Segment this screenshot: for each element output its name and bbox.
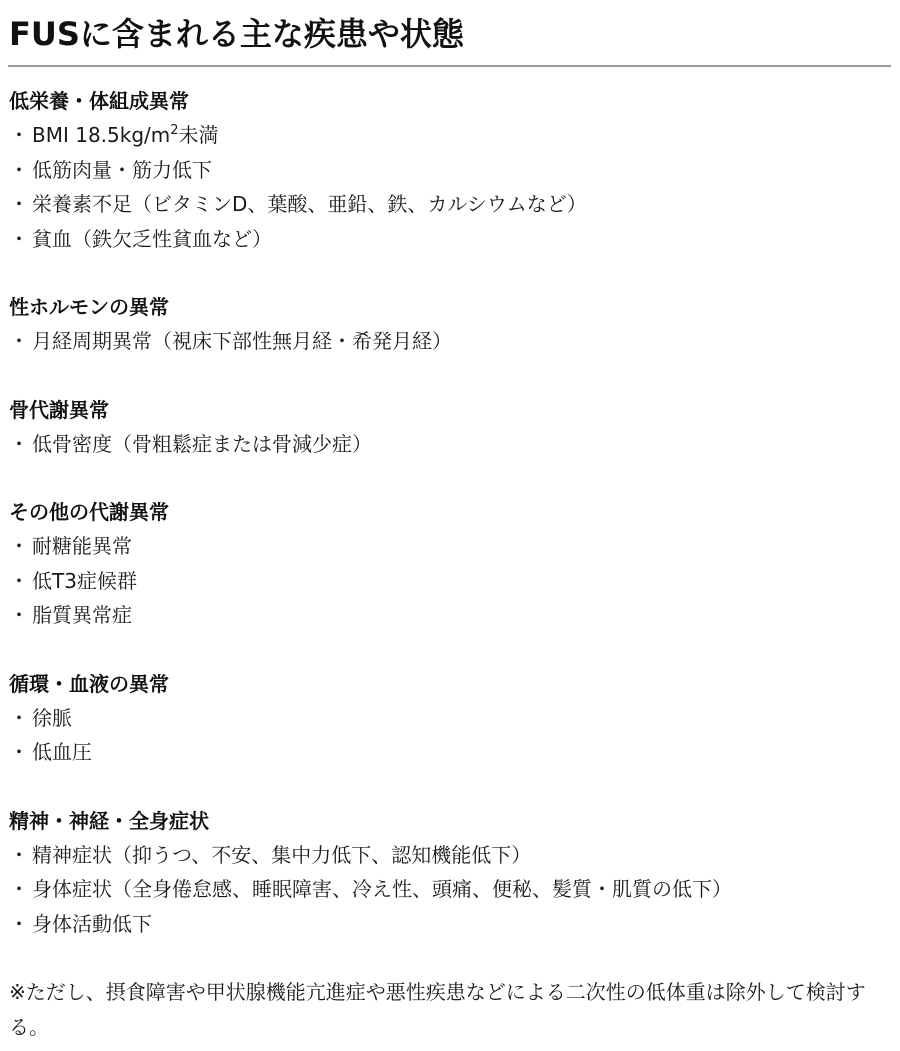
item-text: 脂質異常症 bbox=[32, 603, 132, 627]
item-list: ・精神症状（抑うつ、不安、集中力低下、認知機能低下） ・身体症状（全身倦怠感、睡… bbox=[9, 838, 889, 942]
bullet-icon: ・ bbox=[9, 324, 29, 359]
bullet-icon: ・ bbox=[9, 701, 29, 736]
footnote: ※ただし、摂食障害や甲状腺機能亢進症や悪性疾患などによる二次性の低体重は除外して… bbox=[9, 975, 889, 1045]
bullet-icon: ・ bbox=[9, 598, 29, 633]
item-text: 低筋肉量・筋力低下 bbox=[32, 158, 212, 182]
list-item: ・月経周期異常（視床下部性無月経・希発月経） bbox=[9, 324, 889, 359]
list-item: ・精神症状（抑うつ、不安、集中力低下、認知機能低下） bbox=[9, 838, 889, 873]
item-text: 低T3症候群 bbox=[32, 569, 137, 593]
list-item: ・栄養素不足（ビタミンD、葉酸、亜鉛、鉄、カルシウムなど） bbox=[9, 187, 889, 222]
list-item: ・低T3症候群 bbox=[9, 564, 889, 599]
item-text: 身体症状（全身倦怠感、睡眠障害、冷え性、頭痛、便秘、髪質・肌質の低下） bbox=[32, 877, 732, 901]
item-list: ・耐糖能異常 ・低T3症候群 ・脂質異常症 bbox=[9, 529, 889, 633]
section-other-metabolism: その他の代謝異常 ・耐糖能異常 ・低T3症候群 ・脂質異常症 bbox=[9, 495, 889, 633]
section-psych-neuro-systemic: 精神・神経・全身症状 ・精神症状（抑うつ、不安、集中力低下、認知機能低下） ・身… bbox=[9, 804, 889, 942]
list-item: ・低血圧 bbox=[9, 735, 889, 770]
bullet-icon: ・ bbox=[9, 187, 29, 222]
bullet-icon: ・ bbox=[9, 872, 29, 907]
list-item: ・脂質異常症 bbox=[9, 598, 889, 633]
list-item: ・低筋肉量・筋力低下 bbox=[9, 153, 889, 188]
bullet-icon: ・ bbox=[9, 838, 29, 873]
page-title: FUSに含まれる主な疾患や状態 bbox=[9, 12, 464, 56]
bullet-icon: ・ bbox=[9, 907, 29, 942]
bullet-icon: ・ bbox=[9, 735, 29, 770]
item-text: 低骨密度（骨粗鬆症または骨減少症） bbox=[32, 432, 372, 456]
section-heading: 精神・神経・全身症状 bbox=[9, 804, 889, 838]
list-item: ・貧血（鉄欠乏性貧血など） bbox=[9, 222, 889, 257]
superscript: 2 bbox=[170, 123, 178, 138]
list-item: ・耐糖能異常 bbox=[9, 529, 889, 564]
bullet-icon: ・ bbox=[9, 222, 29, 257]
bullet-icon: ・ bbox=[9, 529, 29, 564]
bmi-text: BMI 18.5kg/m bbox=[32, 123, 170, 147]
bullet-icon: ・ bbox=[9, 564, 29, 599]
item-list: ・徐脈 ・低血圧 bbox=[9, 701, 889, 770]
section-bone-metabolism: 骨代謝異常 ・低骨密度（骨粗鬆症または骨減少症） bbox=[9, 393, 889, 462]
section-heading: 性ホルモンの異常 bbox=[9, 290, 889, 324]
list-item: ・低骨密度（骨粗鬆症または骨減少症） bbox=[9, 427, 889, 462]
bullet-icon: ・ bbox=[9, 153, 29, 188]
title-divider bbox=[8, 65, 891, 67]
list-item: ・身体活動低下 bbox=[9, 907, 889, 942]
item-text: 栄養素不足（ビタミンD、葉酸、亜鉛、鉄、カルシウムなど） bbox=[32, 192, 587, 216]
item-text: 精神症状（抑うつ、不安、集中力低下、認知機能低下） bbox=[32, 843, 531, 867]
section-heading: 低栄養・体組成異常 bbox=[9, 84, 889, 118]
list-item: ・徐脈 bbox=[9, 701, 889, 736]
item-text: 耐糖能異常 bbox=[32, 534, 132, 558]
section-circulation-blood: 循環・血液の異常 ・徐脈 ・低血圧 bbox=[9, 667, 889, 770]
section-heading: 循環・血液の異常 bbox=[9, 667, 889, 701]
item-list: ・月経周期異常（視床下部性無月経・希発月経） bbox=[9, 324, 889, 359]
list-item: ・BMI 18.5kg/m2未満 bbox=[9, 118, 889, 153]
bullet-icon: ・ bbox=[9, 118, 29, 153]
bmi-suffix: 未満 bbox=[179, 123, 219, 147]
section-heading: その他の代謝異常 bbox=[9, 495, 889, 529]
item-list: ・BMI 18.5kg/m2未満 ・低筋肉量・筋力低下 ・栄養素不足（ビタミンD… bbox=[9, 118, 889, 256]
section-malnutrition: 低栄養・体組成異常 ・BMI 18.5kg/m2未満 ・低筋肉量・筋力低下 ・栄… bbox=[9, 84, 889, 256]
section-heading: 骨代謝異常 bbox=[9, 393, 889, 427]
item-text: 月経周期異常（視床下部性無月経・希発月経） bbox=[32, 329, 452, 353]
section-sex-hormone: 性ホルモンの異常 ・月経周期異常（視床下部性無月経・希発月経） bbox=[9, 290, 889, 359]
item-text: 貧血（鉄欠乏性貧血など） bbox=[32, 227, 272, 251]
item-text: 身体活動低下 bbox=[32, 912, 152, 936]
bullet-icon: ・ bbox=[9, 427, 29, 462]
item-text: 徐脈 bbox=[32, 706, 72, 730]
content-body: 低栄養・体組成異常 ・BMI 18.5kg/m2未満 ・低筋肉量・筋力低下 ・栄… bbox=[9, 84, 889, 1045]
list-item: ・身体症状（全身倦怠感、睡眠障害、冷え性、頭痛、便秘、髪質・肌質の低下） bbox=[9, 872, 889, 907]
item-text: 低血圧 bbox=[32, 740, 92, 764]
item-list: ・低骨密度（骨粗鬆症または骨減少症） bbox=[9, 427, 889, 462]
